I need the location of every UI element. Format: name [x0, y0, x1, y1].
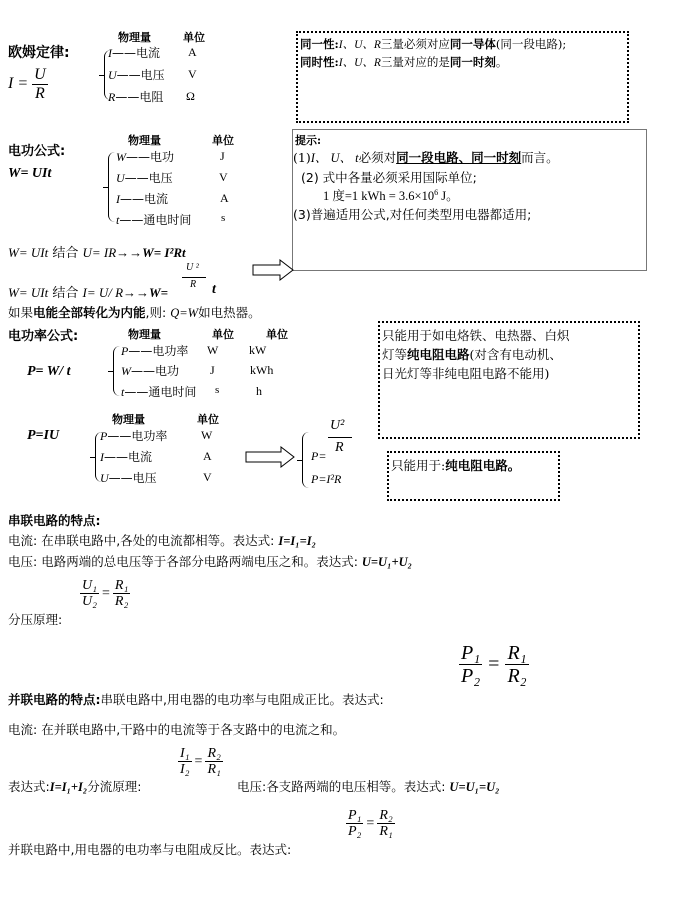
- work-row: W——电功: [116, 148, 174, 165]
- ohm-brace-notch: [99, 75, 105, 76]
- ohm-note-line2: 同时性:I、U、R三量对应的是同一时刻。: [300, 54, 507, 70]
- work-row: t——通电时间: [116, 211, 191, 228]
- parallel-title-line: 并联电路的特点:串联电路中,用电器的电功率与电阻成正比。表达式:: [8, 690, 384, 708]
- work-derive2-tail: t: [212, 282, 216, 298]
- work-row-unit: A: [220, 191, 229, 206]
- piu-col-quantity: 物理量: [112, 411, 145, 427]
- work-row: I——电流: [116, 190, 168, 207]
- work-derive2-num: U ²: [186, 262, 199, 273]
- power-col-unit1: 单位: [212, 326, 234, 342]
- power-row-unit2: h: [256, 384, 262, 399]
- derived-brace: [302, 432, 309, 488]
- derived2: P=I²R: [311, 472, 341, 487]
- work-derivation-2: W= UIt 结合 I= U/ R→→W=: [8, 282, 168, 301]
- power-row-unit1: J: [210, 363, 215, 378]
- power-row: P——电功率: [121, 342, 188, 359]
- power-col-quantity: 物理量: [128, 326, 161, 342]
- right-arrow-icon: [245, 446, 295, 468]
- piu-row: I——电流: [100, 448, 152, 465]
- pure-resistor-text: 只能用于:纯电阻电路。: [391, 456, 520, 474]
- power-brace: [113, 346, 120, 396]
- ohm-note-line1: 同一性:I、U、R三量必须对应同一导体(同一段电路);: [300, 36, 566, 52]
- power-note-line2: 灯等纯电阻电路(对含有电动机、: [382, 345, 562, 363]
- right-arrow-icon: [252, 259, 294, 281]
- ohm-formula-lhs: I =: [8, 75, 28, 92]
- piu-row-unit: W: [201, 428, 212, 443]
- work-tips-box: 提示: (1)I、 U、 t必须对同一段电路、同一时刻而言。 (2) 式中各量必…: [292, 129, 647, 271]
- piu-formula: P=IU: [27, 428, 59, 444]
- parallel-current: 电流: 在并联电路中,干路中的电流等于各支路中的电流之和。: [8, 720, 345, 738]
- power-row: t——通电时间: [121, 383, 196, 400]
- piu-row: P——电功率: [100, 427, 167, 444]
- tips-title: 提示:: [295, 132, 321, 148]
- work-col-unit: 单位: [212, 132, 234, 148]
- tips-line3: 1 度=1 kWh = 3.6×106 J。: [323, 186, 459, 204]
- series-divider-formula: U₁U₂ = R₁R₂: [80, 578, 130, 610]
- tips-line2: (2) 式中各量必须采用国际单位;: [301, 168, 477, 186]
- ohm-row-unit: Ω: [186, 89, 195, 104]
- ohm-row-unit: V: [188, 67, 197, 82]
- tips-line4: (3)普遍适用公式,对任何类型用电器都适用;: [293, 205, 531, 223]
- power-col-unit2: 单位: [266, 326, 288, 342]
- work-row-unit: J: [220, 149, 225, 164]
- parallel-voltage: 电压:各支路两端的电压相等。表达式: U=U₁=U₂: [237, 777, 499, 795]
- power-row-unit2: kW: [249, 343, 266, 358]
- power-formula: P= W/ t: [27, 364, 71, 380]
- parallel-power-formula: P₁P₂ = R₂R₁: [346, 808, 395, 840]
- work-row-unit: s: [221, 212, 225, 224]
- series-divider-label: 分压原理:: [8, 610, 62, 628]
- heat-line: 如果电能全部转化为内能,则: Q=W如电热器。: [8, 303, 261, 321]
- work-formula: W= UIt: [8, 166, 51, 182]
- work-derive2-fraction-bar: [182, 277, 206, 278]
- derived1-den: R: [335, 440, 344, 456]
- power-note-line3: 日光灯等非纯电阻电路不能用): [382, 364, 549, 382]
- piu-row-unit: A: [203, 449, 212, 464]
- power-note-line1: 只能用于如电烙铁、电热器、白炽: [382, 326, 570, 344]
- tips-line1: (1)I、 U、 t必须对同一段电路、同一时刻而言。: [293, 148, 559, 166]
- series-title: 串联电路的特点:: [8, 511, 101, 529]
- ohm-row-unit: A: [188, 45, 197, 60]
- piu-col-unit: 单位: [197, 411, 219, 427]
- work-derive2-den: R: [190, 279, 196, 290]
- power-row: W——电功: [121, 362, 179, 379]
- ohm-note-box: 同一性:I、U、R三量必须对应同一导体(同一段电路); 同时性:I、U、R三量对…: [296, 31, 629, 123]
- work-row-unit: V: [219, 170, 228, 185]
- work-title: 电功公式:: [8, 140, 65, 159]
- power-brace-notch: [108, 371, 114, 372]
- power-title: 电功率公式:: [8, 325, 78, 344]
- parallel-power-text: 并联电路中,用电器的电功率与电阻成反比。表达式:: [8, 840, 291, 858]
- ohm-row: I——电流: [108, 44, 160, 61]
- power-row-unit1: s: [215, 384, 219, 396]
- series-power-formula: P₁P₂ = R₁R₂: [459, 642, 529, 687]
- ohm-col-unit: 单位: [183, 29, 205, 45]
- work-col-quantity: 物理量: [128, 132, 161, 148]
- parallel-shunt-formula: I₁I₂ = R₂R₁: [178, 746, 223, 778]
- derived1-num: U²: [330, 418, 344, 434]
- derived-brace-notch: [297, 460, 303, 461]
- series-voltage: 电压: 电路两端的总电压等于各部分电路两端电压之和。表达式: U=U₁+U₂: [8, 552, 412, 570]
- ohm-row: R——电阻: [108, 88, 163, 105]
- power-note-box: 只能用于如电烙铁、电热器、白炽 灯等纯电阻电路(对含有电动机、 日光灯等非纯电阻…: [378, 321, 640, 439]
- series-current: 电流: 在串联电路中,各处的电流都相等。表达式: I=I₁=I₂: [8, 531, 316, 549]
- power-row-unit2: kWh: [250, 363, 273, 378]
- power-row-unit1: W: [207, 343, 218, 358]
- ohm-title: 欧姆定律:: [8, 42, 70, 62]
- derived1-lhs: P=: [311, 449, 326, 464]
- work-row: U——电压: [116, 169, 173, 186]
- ohm-fraction: U R: [32, 66, 48, 102]
- parallel-expr-line: 表达式:I=I₁+I₂分流原理:: [8, 777, 142, 795]
- ohm-row: U——电压: [108, 66, 165, 83]
- piu-row-unit: V: [203, 470, 212, 485]
- work-brace-notch: [103, 187, 109, 188]
- ohm-formula: I = U R: [8, 66, 48, 102]
- pure-resistor-box: 只能用于:纯电阻电路。: [387, 451, 560, 501]
- derived1-fraction-bar: [328, 437, 352, 438]
- piu-row: U——电压: [100, 469, 157, 486]
- piu-brace-notch: [90, 457, 96, 458]
- work-derivation-1: W= UIt 结合 U= IR→→W= I²Rt: [8, 242, 186, 261]
- work-brace: [108, 152, 115, 222]
- ohm-col-quantity: 物理量: [118, 29, 151, 45]
